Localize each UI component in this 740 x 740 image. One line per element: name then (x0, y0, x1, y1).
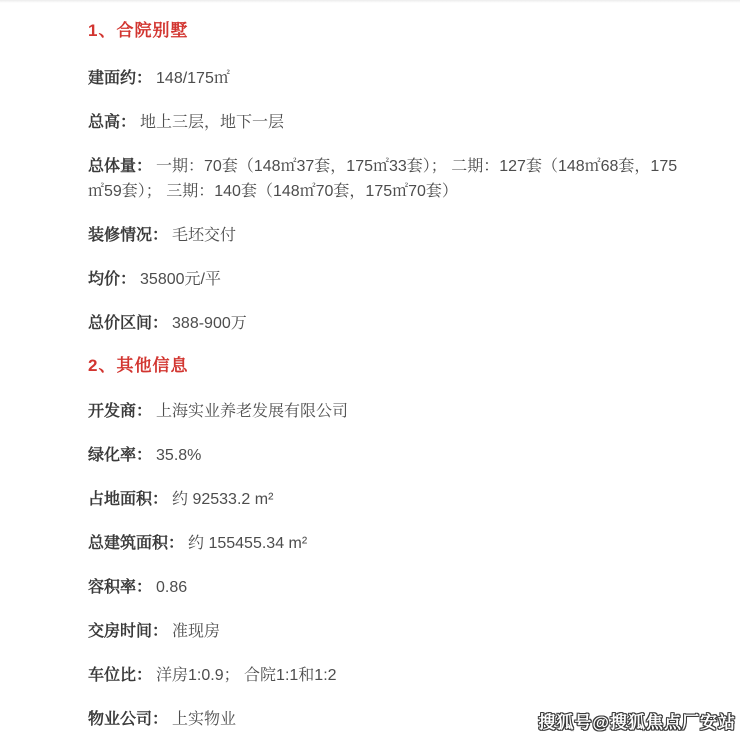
field-value: 约 155455.34 m² (188, 535, 307, 552)
field-label: 车位比： (88, 667, 152, 684)
field-value: 一期：70套（148㎡37套，175㎡33套）； 二期：127套（148㎡68套… (88, 158, 677, 200)
field-value: 上海实业养老发展有限公司 (156, 403, 348, 420)
section-heading-courtyard-villa: 1、合院别墅 (88, 20, 688, 42)
field-developer: 开发商：上海实业养老发展有限公司 (88, 399, 688, 424)
field-label: 总高： (88, 114, 136, 131)
field-value: 35.8% (156, 447, 201, 464)
field-label: 总价区间： (88, 315, 168, 332)
section-heading-other-info: 2、其他信息 (88, 355, 688, 377)
field-label: 交房时间： (88, 623, 168, 640)
field-parking-ratio: 车位比：洋房1:0.9； 合院1:1和1:2 (88, 663, 688, 688)
field-label: 总建筑面积： (88, 535, 184, 552)
field-value: 上实物业 (172, 711, 236, 728)
field-greening-rate: 绿化率：35.8% (88, 443, 688, 468)
sohu-watermark: 搜狐号@搜狐焦点厂安站 (538, 708, 736, 733)
field-value: 148/175㎡ (156, 70, 230, 87)
field-value: 洋房1:0.9； 合院1:1和1:2 (156, 667, 337, 684)
field-value: 约 92533.2 m² (172, 491, 273, 508)
field-total-height: 总高：地上三层，地下一层 (88, 110, 688, 135)
field-floor-area: 建面约：148/175㎡ (88, 66, 688, 91)
top-edge-divider (0, 0, 740, 3)
field-total-price-range: 总价区间：388-900万 (88, 311, 688, 336)
field-label: 装修情况： (88, 227, 168, 244)
field-value: 地上三层，地下一层 (140, 114, 284, 131)
field-value: 毛坯交付 (172, 227, 236, 244)
field-value: 准现房 (172, 623, 220, 640)
field-label: 均价： (88, 271, 136, 288)
field-plot-ratio: 容积率：0.86 (88, 575, 688, 600)
article-body: 1、合院别墅 建面约：148/175㎡ 总高：地上三层，地下一层 总体量：一期：… (0, 0, 740, 732)
field-label: 容积率： (88, 579, 152, 596)
field-label: 建面约： (88, 70, 152, 87)
field-total-building-area: 总建筑面积：约 155455.34 m² (88, 531, 688, 556)
field-value: 0.86 (156, 579, 187, 596)
field-total-volume: 总体量：一期：70套（148㎡37套，175㎡33套）； 二期：127套（148… (88, 154, 688, 204)
field-label: 占地面积： (88, 491, 168, 508)
field-decoration-status: 装修情况：毛坯交付 (88, 223, 688, 248)
field-delivery-time: 交房时间：准现房 (88, 619, 688, 644)
field-label: 开发商： (88, 403, 152, 420)
field-label: 总体量： (88, 158, 152, 175)
field-value: 388-900万 (172, 315, 247, 332)
field-value: 35800元/平 (140, 271, 221, 288)
field-land-area: 占地面积：约 92533.2 m² (88, 487, 688, 512)
field-label: 物业公司： (88, 711, 168, 728)
field-average-price: 均价：35800元/平 (88, 267, 688, 292)
field-label: 绿化率： (88, 447, 152, 464)
